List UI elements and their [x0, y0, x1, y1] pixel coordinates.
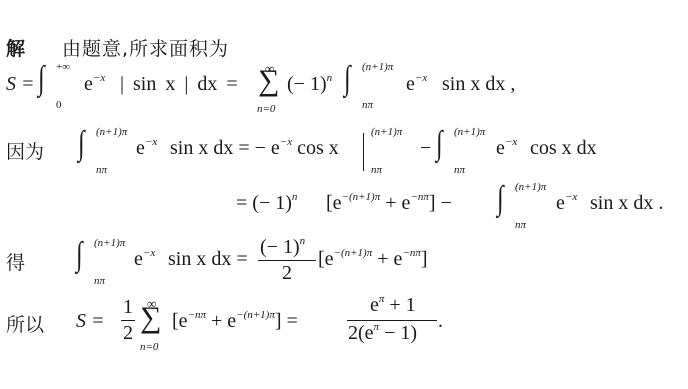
lead: = (− 1)n [236, 192, 297, 215]
integrand: e−x [136, 137, 157, 160]
sign-term: (− 1)n [287, 73, 332, 96]
upper-limit: (n+1)π [454, 126, 485, 138]
upper-limit: +∞ [56, 61, 70, 73]
solution-label: 解 [6, 34, 25, 61]
integral-sign: ∫ [436, 127, 443, 161]
minus: − [420, 137, 431, 160]
lower-limit: nπ [362, 99, 373, 111]
sum-lower: n=0 [257, 103, 275, 115]
half-bar [121, 320, 135, 321]
integrand-tail: sin x dx . [590, 192, 663, 215]
lower-limit: nπ [96, 164, 107, 176]
integral-sign: ∫ [344, 62, 351, 96]
integral-sign: ∫ [78, 127, 85, 161]
upper-limit: (n+1)π [94, 237, 125, 249]
result-denominator: 2(eπ − 1) [348, 322, 417, 345]
upper-limit: (n+1)π [96, 126, 127, 138]
abs-sin-term: | sin x | dx = [120, 73, 238, 96]
bracket-expression: [e−nπ + e−(n+1)π] = [172, 310, 298, 333]
integral-sign: ∫ [76, 238, 83, 272]
sum-upper: ∞ [265, 61, 274, 77]
integrand: e−x [134, 248, 155, 271]
integrand-tail: sin x dx = − e−x cos x [170, 137, 339, 160]
upper-limit: (n+1)π [515, 181, 546, 193]
lower-limit: nπ [515, 219, 526, 231]
lower-limit: nπ [94, 275, 105, 287]
result-bar [347, 320, 437, 321]
integral-sign: ∫ [38, 62, 45, 96]
fraction-denominator: 2 [282, 262, 292, 285]
eval-upper: (n+1)π [371, 126, 402, 138]
integrand-tail: sin x dx = [168, 248, 248, 271]
lhs: S = [76, 310, 105, 333]
upper-limit: (n+1)π [362, 61, 393, 73]
period: . [438, 310, 443, 333]
lhs: S = [6, 73, 35, 96]
fraction-bar [258, 260, 316, 261]
heading-text: 由题意,所求面积为 [62, 34, 229, 61]
because-label: 因为 [6, 137, 44, 164]
therefore-label: 所以 [6, 310, 44, 337]
integrand: e−x [556, 192, 577, 215]
evaluation-bar [363, 133, 364, 171]
bracket-expression: [e−(n+1)π + e−nπ] − [326, 192, 452, 215]
integral-sign: ∫ [497, 182, 504, 216]
eval-lower: nπ [371, 164, 382, 176]
fraction-numerator: (− 1)n [260, 236, 305, 259]
thus-label: 得 [6, 248, 25, 275]
lower-limit: nπ [454, 164, 465, 176]
integrand: e−x [84, 73, 105, 96]
lower-limit: 0 [56, 99, 62, 111]
result-numerator: eπ + 1 [370, 294, 416, 317]
sum-lower: n=0 [140, 341, 158, 353]
half-numerator: 1 [123, 296, 133, 319]
bracket-expression: [e−(n+1)π + e−nπ] [318, 248, 428, 271]
integrand: e−x [496, 137, 517, 160]
sum-upper: ∞ [147, 296, 156, 312]
half-denominator: 2 [123, 322, 133, 345]
integrand-tail: sin x dx , [442, 73, 515, 96]
integrand: e−x [406, 73, 427, 96]
integrand-tail: cos x dx [530, 137, 597, 160]
